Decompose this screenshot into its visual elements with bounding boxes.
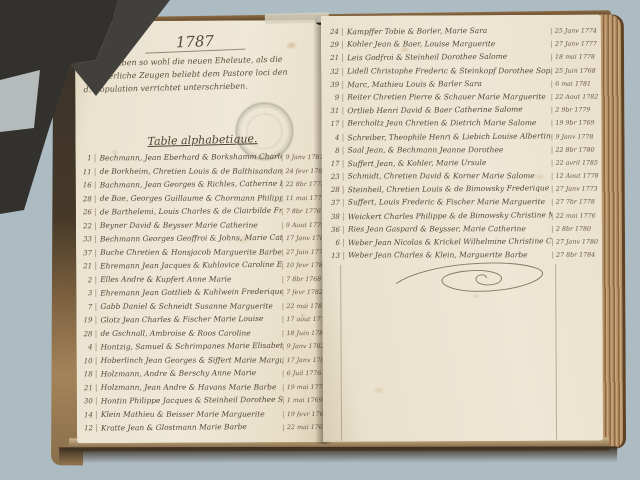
entry-names: Ries Jean Gaspard & Beysser, Marie Cathe… [344,224,552,233]
entry-number: 37 [76,249,96,257]
entry-number: 17 [321,120,343,128]
entry-names: Glotz Jean Charles & Fischer Marie Louis… [96,314,282,325]
table-row: 28de Gschnall, Ambroise & Roos Caroline1… [76,327,322,342]
entry-names: Suffert, Louis Frederic & Fischer Marie … [344,198,552,207]
entry-date: 9 Janv 1778 [551,133,601,140]
entry-names: Suffert Jean, & Kohler, Marie Ursule [344,157,552,168]
entry-number: 8 [322,147,344,155]
entry-number: 21 [76,262,96,270]
entry-number: 14 [77,411,97,419]
entry-names: Kohler Jean & Baer, Louise Marguerite [343,39,551,48]
table-row: 26de Barthelemi, Louis Charles & de Clai… [76,206,322,221]
entry-number: 4 [321,133,343,141]
entry-number: 18 [77,370,97,378]
table-row: 4Hontzig, Samuel & Schrimpanes Marie Eli… [77,341,323,356]
year-heading: 1787 [145,31,246,54]
entry-number: 13 [322,252,344,260]
entry-number: 21 [321,54,343,62]
entry-names: Bachmann, Jean Georges & Richles, Cather… [96,179,282,190]
alphabetical-table-left: 1Bechmann, Jean Eberhard & Borkshamm Cha… [76,152,323,437]
entry-names: Elles Andre & Kupfert Anne Marie [96,274,282,283]
book-bottom-shadow [59,446,617,463]
entry-number: 4 [77,343,97,351]
entry-number: 9 [321,94,343,102]
entry-date: 18 mai 1778 [551,54,601,61]
entry-names: Bercholtz Jean Chretien & Dietrich Marie… [343,118,551,127]
entry-names: Buche Chretien & Honsjacob Marguerite Ba… [96,247,282,256]
entry-names: Beyner David & Beysser Marie Catherine [96,220,282,229]
entry-date: 19 9br 1769 [551,120,601,127]
entry-names: de Borkheim, Chretien Louis & de Balthis… [96,166,282,175]
alphabetical-table-right: 24Kampffer Tobie & Borler, Marie Sara25 … [321,26,602,265]
table-row: 21Holzmann, Jean Andre & Havans Marie Ba… [77,381,323,396]
entry-names: Klein Mathieu & Beisser Marie Marguerite [97,409,283,418]
entry-names: Gabb Daniel & Schneidt Susanne Marguerit… [96,301,282,310]
entry-number: 6 [322,239,344,247]
entry-number: 11 [76,168,96,176]
entry-names: Reiter Chretien Pierre & Schauer Marie M… [343,92,551,101]
entry-date: 27 Janv 1780 [552,239,602,246]
entry-number: 3 [76,289,96,297]
entry-date: 22 8br 1780 [552,146,602,153]
table-row: 12Kratte Jean & Glostmann Marie Barbe22 … [77,422,323,437]
entry-number: 16 [76,181,96,189]
entry-names: Bechmann Georges Geoffroi & Johns, Marie… [96,233,282,244]
table-row: 22Beyner David & Beysser Marie Catherine… [76,219,322,234]
entry-number: 23 [322,173,344,181]
table-row: 30Hontin Philippe Jacques & Steinheil Do… [77,395,323,410]
entry-date: 27 Janv 1777 [551,41,601,48]
left-page: 1787 Actum haben so wohl die neuen Ehele… [75,20,323,443]
entry-date: 22 avril 1785 [552,159,602,166]
entry-number: 28 [76,195,96,203]
table-row: 11de Borkheim, Chretien Louis & de Balth… [76,165,322,180]
entry-names: Weickert Charles Philippe & de Bimowsky … [344,210,552,221]
entry-names: Hontzig, Samuel & Schrimpanes Marie Elis… [97,341,283,352]
entry-number: 24 [321,28,343,36]
entry-number: 21 [77,384,97,392]
table-row: 19Glotz Jean Charles & Fischer Marie Lou… [76,314,322,329]
table-row: 7Gabb Daniel & Schneidt Susanne Margueri… [76,300,322,315]
entry-date: 27 7br 1778 [552,199,602,206]
table-row: 37Buche Chretien & Honsjacob Marguerite … [76,246,322,261]
entry-names: Holzmann, Andre & Berschy Anne Marie [97,368,283,379]
entry-names: Ortlieb Henri David & Baer Catherine Sal… [343,104,551,115]
entry-number: 37 [322,199,344,207]
entry-number: 28 [76,330,96,338]
table-row: 21Ehremann Jean Jacques & Kuhlovice Caro… [76,260,322,275]
entry-number: 1 [76,154,96,162]
table-row: 3Ehremann Jean Gottlieb & Kuhlwein Frede… [76,287,322,302]
entry-number: 22 [76,222,96,230]
entry-number: 31 [321,107,343,115]
entry-names: de Barthelemi, Louis Charles & de Clairb… [96,206,282,217]
photo-of-register: 1787 Actum haben so wohl die neuen Ehele… [0,0,640,480]
entry-date: 6 mai 1781 [551,80,601,87]
entry-date: 2 9br 1779 [551,107,601,114]
table-row: 14Klein Mathieu & Beisser Marie Margueri… [77,408,323,423]
right-page: 24Kampffer Tobie & Borler, Marie Sara25 … [321,15,603,442]
entry-number: 39 [321,81,343,89]
entry-names: Holzmann, Jean Andre & Havans Marie Barb… [97,382,283,391]
entry-names: Lidell Christophe Frederic & Steinkopf D… [343,66,551,75]
entry-names: de Gschnall, Ambroise & Roos Caroline [96,328,282,337]
entry-number: 2 [76,276,96,284]
entry-number: 26 [76,208,96,216]
entry-number: 29 [321,41,343,49]
entry-date: 2 8br 1780 [552,225,602,232]
entry-date: 22 Aout 1782 [551,93,601,100]
table-row: 10Hoberlinch Jean Georges & Siffert Mari… [77,354,323,369]
entry-names: Saal Jean, & Bechmann Jeanne Dorothee [344,145,552,154]
entry-number: 30 [77,397,97,405]
table-row: 28de Bae, Georges Guillaume & Chormann P… [76,192,322,207]
entry-date: 22 mai 1776 [552,212,602,219]
entry-date: 27 Janv 1773 [552,186,602,193]
entry-number: 7 [76,303,96,311]
entry-number: 33 [76,235,96,243]
entry-number: 38 [322,212,344,220]
entry-names: Marc, Mathieu Louis & Barler Sara [343,78,551,89]
entry-number: 10 [77,357,97,365]
entry-names: Schreiber, Theophile Henri & Liebich Lou… [343,131,551,142]
table-row: 16Bachmann, Jean Georges & Richles, Cath… [76,179,322,194]
entry-names: Kratte Jean & Glostmann Marie Barbe [97,422,283,433]
binding-tape [265,12,329,24]
entry-number: 19 [76,316,96,324]
entry-number: 17 [322,160,344,168]
entry-names: Ehremann Jean Jacques & Kuhlovice Caroli… [96,260,282,271]
table-row: 18Holzmann, Andre & Berschy Anne Marie6 … [77,368,323,383]
entry-number: 12 [77,424,97,432]
entry-date: 12 Aout 1778 [552,173,602,180]
entry-names: de Bae, Georges Guillaume & Chormann Phi… [96,193,282,202]
entry-date: 25 Janv 1774 [551,28,601,35]
entry-names: Schmidt, Chretien David & Korner Marie S… [344,171,552,180]
entry-date: 25 Juin 1768 [551,67,601,74]
entry-names: Leis Godfroi & Steinheil Dorothee Salome [343,52,551,63]
entry-number: 36 [322,226,344,234]
entry-names: Kampffer Tobie & Borler, Marie Sara [343,25,551,36]
entry-names: Weber Jean Nicolas & Krickel Wilhelmine … [344,236,552,247]
entry-names: Ehremann Jean Gottlieb & Kuhlwein Freder… [96,287,282,298]
entry-names: Hontin Philippe Jacques & Steinheil Doro… [97,395,283,406]
entry-number: 28 [322,186,344,194]
entry-names: Hoberlinch Jean Georges & Siffert Marie … [97,355,283,364]
pen-flourish [390,253,560,310]
table-row: 33Bechmann Georges Geoffroi & Johns, Mar… [76,233,322,248]
entry-names: Steinheil, Chretien Louis & de Bimowsky … [344,184,552,195]
table-row: 2Elles Andre & Kupfert Anne Marie7 8br 1… [76,273,322,288]
entry-names: Bechmann, Jean Eberhard & Borkshamm Char… [96,152,282,163]
table-row: 1Bechmann, Jean Eberhard & Borkshamm Cha… [76,152,322,167]
entry-number: 32 [321,67,343,75]
